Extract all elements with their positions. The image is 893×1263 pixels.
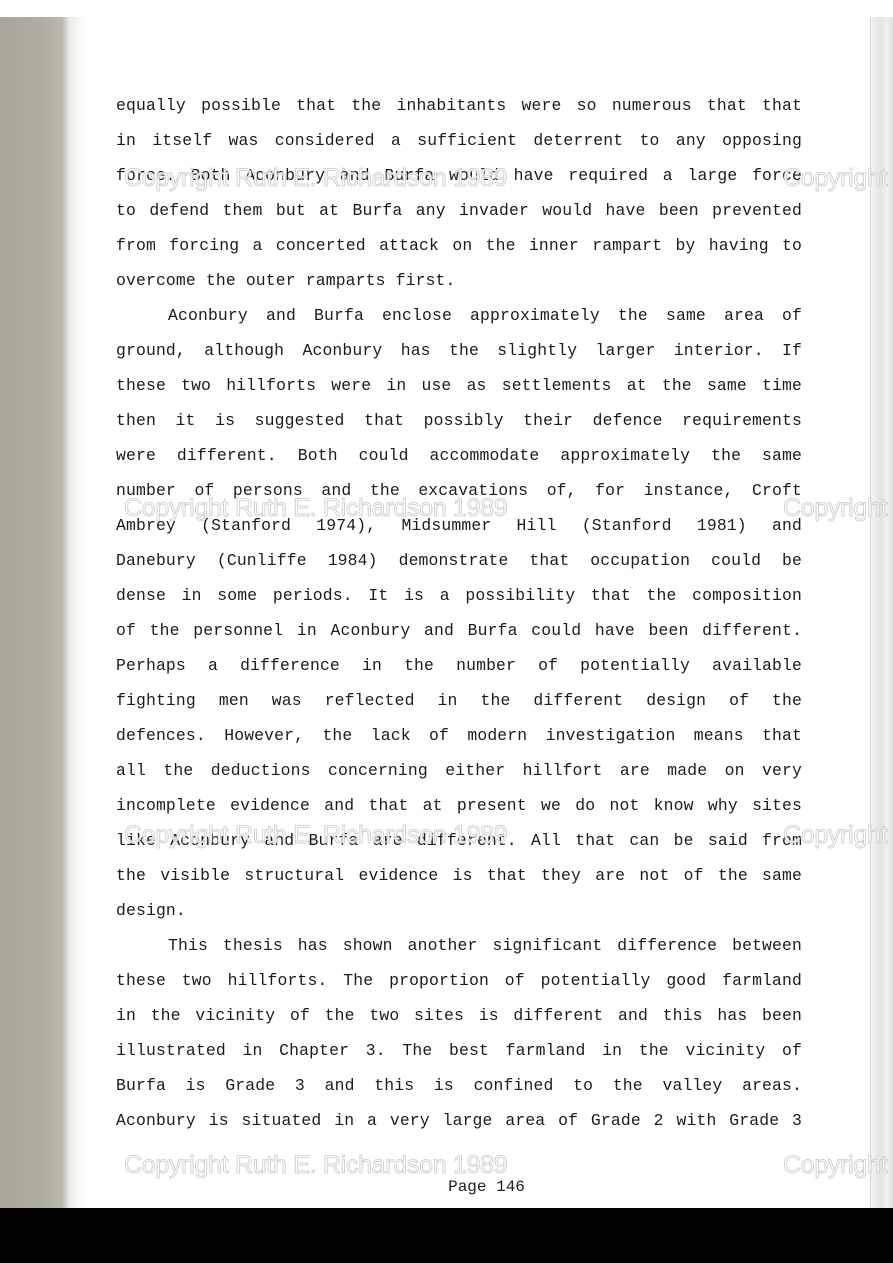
paragraph: equally possible that the inhabitants we… — [116, 88, 802, 298]
text-line: illustrated in Chapter 3. The best farml… — [116, 1033, 802, 1068]
text-line: dense in some periods. It is a possibili… — [116, 578, 802, 613]
text-line: Aconbury is situated in a very large are… — [116, 1103, 802, 1138]
text-line: Aconbury and Burfa enclose approximately… — [116, 298, 802, 333]
text-line: incomplete evidence and that at present … — [116, 788, 802, 823]
text-line: to defend them but at Burfa any invader … — [116, 193, 802, 228]
text-line: from forcing a concerted attack on the i… — [116, 228, 802, 263]
page-edge — [870, 17, 893, 1208]
text-line: ground, although Aconbury has the slight… — [116, 333, 802, 368]
text-line: This thesis has shown another significan… — [116, 928, 802, 963]
text-line: force. Both Aconbury and Burfa would hav… — [116, 158, 802, 193]
text-line: Danebury (Cunliffe 1984) demonstrate tha… — [116, 543, 802, 578]
body-text: equally possible that the inhabitants we… — [116, 88, 802, 1138]
paragraph: Aconbury and Burfa enclose approximately… — [116, 298, 802, 928]
text-line: fighting men was reflected in the differ… — [116, 683, 802, 718]
book-binding-shadow — [0, 17, 70, 1208]
text-line: Ambrey (Stanford 1974), Midsummer Hill (… — [116, 508, 802, 543]
text-line: of the personnel in Aconbury and Burfa c… — [116, 613, 802, 648]
text-line: design. — [116, 893, 802, 928]
text-line: these two hillforts were in use as settl… — [116, 368, 802, 403]
text-line: in the vicinity of the two sites is diff… — [116, 998, 802, 1033]
text-line: these two hillforts. The proportion of p… — [116, 963, 802, 998]
text-line: equally possible that the inhabitants we… — [116, 88, 802, 123]
text-line: Burfa is Grade 3 and this is confined to… — [116, 1068, 802, 1103]
page-number: Page 146 — [0, 1178, 893, 1196]
text-line: all the deductions concerning either hil… — [116, 753, 802, 788]
text-line: the visible structural evidence is that … — [116, 858, 802, 893]
text-line: then it is suggested that possibly their… — [116, 403, 802, 438]
text-line: overcome the outer ramparts first. — [116, 263, 802, 298]
text-line: number of persons and the excavations of… — [116, 473, 802, 508]
text-line: Perhaps a difference in the number of po… — [116, 648, 802, 683]
paragraph: This thesis has shown another significan… — [116, 928, 802, 1138]
text-line: defences. However, the lack of modern in… — [116, 718, 802, 753]
text-line: like Aconbury and Burfa are different. A… — [116, 823, 802, 858]
text-line: in itself was considered a sufficient de… — [116, 123, 802, 158]
scan-border — [0, 1208, 893, 1263]
text-line: were different. Both could accommodate a… — [116, 438, 802, 473]
